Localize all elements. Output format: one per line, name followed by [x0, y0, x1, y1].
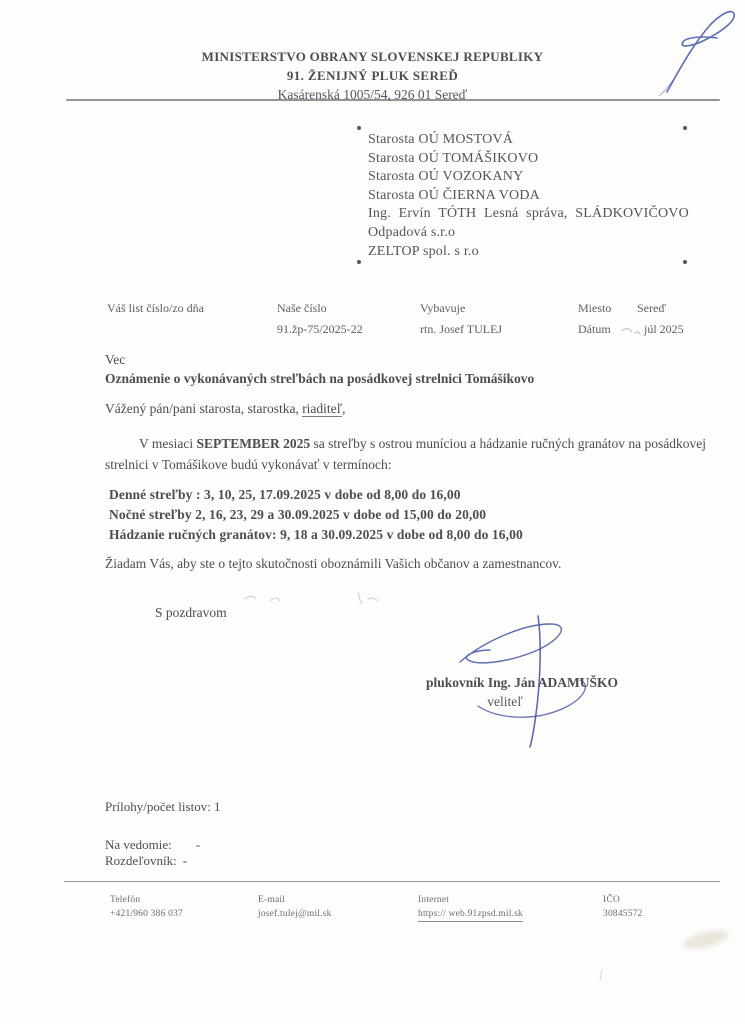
salutation-post: ,	[342, 401, 345, 416]
signatory-name: plukovník Ing. Ján ADAMUŠKO	[403, 675, 641, 691]
footer-internet: Internet https:// web.91zpsd.mil.sk	[418, 893, 523, 922]
schedule-line-night: Nočné streľby 2, 16, 23, 29 a 30.09.2025…	[109, 505, 523, 525]
cc-line: Na vedomie:-	[105, 837, 200, 853]
header-rule	[66, 99, 720, 101]
cc-value: -	[196, 837, 200, 852]
footer-email: E-mail josef.tulej@mil.sk	[258, 893, 332, 921]
scan-smudge	[682, 927, 730, 953]
footer-email-label: E-mail	[258, 893, 332, 907]
footer-ico: IČO 30845572	[603, 893, 643, 921]
request-sentence: Žiadam Vás, aby ste o tejto skutočnosti …	[105, 556, 561, 572]
recipient-line: Odpadová s.r.o	[368, 224, 689, 243]
distribution-value: -	[183, 853, 187, 868]
footer-internet-label: Internet	[418, 893, 523, 907]
place-value: Sereď	[637, 301, 666, 316]
handwritten-date-mark	[620, 322, 642, 336]
subject-title: Oznámenie o vykonávaných streľbách na po…	[105, 371, 534, 387]
footer-internet-url: https:// web.91zpsd.mil.sk	[418, 907, 523, 922]
footer-ico-label: IČO	[603, 893, 643, 907]
salutation: Vážený pán/pani starosta, starostka, ria…	[105, 401, 346, 417]
place-label: Miesto	[578, 301, 611, 316]
your-ref-label: Váš list číslo/zo dňa	[107, 301, 204, 316]
recipient-block: Starosta OÚ MOSTOVÁ Starosta OÚ TOMÁŠIKO…	[368, 131, 689, 261]
schedule-line-day: Denné streľby : 3, 10, 25, 17.09.2025 v …	[109, 485, 523, 505]
subject-label: Vec	[105, 352, 125, 368]
footer-ico-value: 30845572	[603, 907, 643, 921]
paragraph-month-bold: SEPTEMBER 2025	[197, 436, 311, 451]
our-ref-label: Naše číslo	[277, 301, 327, 316]
handler-value: rtn. Josef TULEJ	[420, 322, 502, 337]
date-value: júl 2025	[644, 322, 684, 337]
recipient-line: Starosta OÚ MOSTOVÁ	[368, 131, 689, 150]
window-dot-top-left	[357, 126, 361, 130]
salutation-pre: Vážený pán/pani starosta, starostka,	[105, 401, 302, 416]
closing-phrase: S pozdravom	[155, 605, 227, 621]
recipient-line: Ing. Ervín TÓTH Lesná správa, SLÁDKOVIČO…	[368, 205, 689, 224]
footer-rule	[64, 881, 720, 882]
scanned-letter-page: MINISTERSTVO OBRANY SLOVENSKEJ REPUBLIKY…	[0, 0, 745, 1024]
recipient-line: Starosta OÚ VOZOKANY	[368, 168, 689, 187]
schedule-block: Denné streľby : 3, 10, 25, 17.09.2025 v …	[109, 485, 523, 545]
scan-speck	[598, 968, 606, 982]
our-ref-value: 91.žp-75/2025-22	[277, 322, 363, 337]
recipient-line: ZELTOP spol. s r.o	[368, 243, 689, 262]
distribution-label: Rozdeľovník:	[105, 853, 177, 868]
footer-email-value: josef.tulej@mil.sk	[258, 907, 332, 921]
handler-label: Vybavuje	[420, 301, 465, 316]
date-label: Dátum	[578, 322, 611, 337]
handwritten-paraph-icon	[633, 4, 741, 96]
signatory-title: veliteľ	[395, 694, 615, 710]
recipient-line: Starosta OÚ TOMÁŠIKOVO	[368, 150, 689, 169]
footer-phone-label: Telefón	[110, 893, 183, 907]
paragraph-pre: V mesiaci	[139, 436, 197, 451]
window-dot-bottom-left	[357, 260, 361, 264]
pencil-mark-icon	[240, 585, 410, 607]
window-dot-top-right	[683, 126, 687, 130]
recipient-line: Starosta OÚ ČIERNA VODA	[368, 187, 689, 206]
body-paragraph: V mesiaci SEPTEMBER 2025 sa streľby s os…	[105, 433, 706, 475]
annexes-line: Prílohy/počet listov: 1	[105, 799, 221, 815]
schedule-line-grenades: Hádzanie ručných granátov: 9, 18 a 30.09…	[109, 525, 523, 545]
distribution-line: Rozdeľovník:-	[105, 853, 187, 869]
cc-label: Na vedomie:	[105, 837, 172, 852]
salutation-underlined-word: riaditeľ	[302, 401, 342, 417]
footer-phone: Telefón +421/960 386 037	[110, 893, 183, 921]
footer-phone-value: +421/960 386 037	[110, 907, 183, 921]
